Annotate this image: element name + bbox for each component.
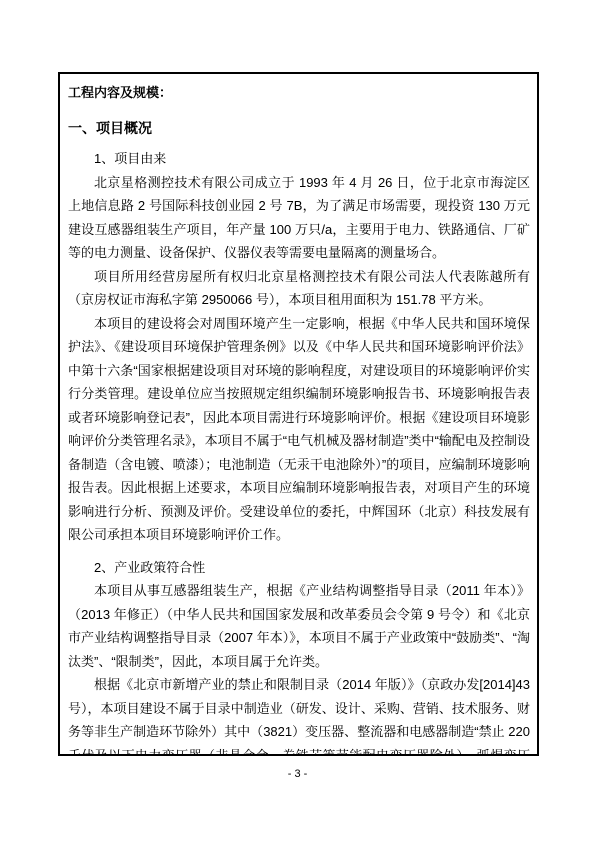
page-number: - 3 - <box>0 767 595 781</box>
subsection1-title: 1、项目由来 <box>68 147 530 171</box>
paragraph-project-origin: 北京星格测控技术有限公司成立于 1993 年 4 月 26 日，位于北京市海淀区… <box>68 171 530 265</box>
paragraph-industrial-policy: 本项目从事互感器组装生产，根据《产业结构调整指导目录（2011 年本）》（201… <box>68 579 530 673</box>
form-cell-project-content: 工程内容及规模： 一、项目概况 1、项目由来 北京星格测控技术有限公司成立于 1… <box>58 72 539 756</box>
paragraph-eia-requirement: 本项目的建设将会对周围环境产生一定影响，根据《中华人民共和国环境保护法》、《建设… <box>68 312 530 547</box>
paragraph-prohibition-catalog: 根据《北京市新增产业的禁止和限制目录（2014 年版）》（京政办发[2014]4… <box>68 673 530 756</box>
section-header: 工程内容及规模： <box>68 83 530 103</box>
paragraph-property-ownership: 项目所用经营房屋所有权归北京星格测控技术有限公司法人代表陈越所有（京房权证市海私… <box>68 265 530 312</box>
document-page: 工程内容及规模： 一、项目概况 1、项目由来 北京星格测控技术有限公司成立于 1… <box>0 0 595 841</box>
section1-title: 一、项目概况 <box>68 118 530 138</box>
subsection2-title: 2、产业政策符合性 <box>68 556 530 580</box>
